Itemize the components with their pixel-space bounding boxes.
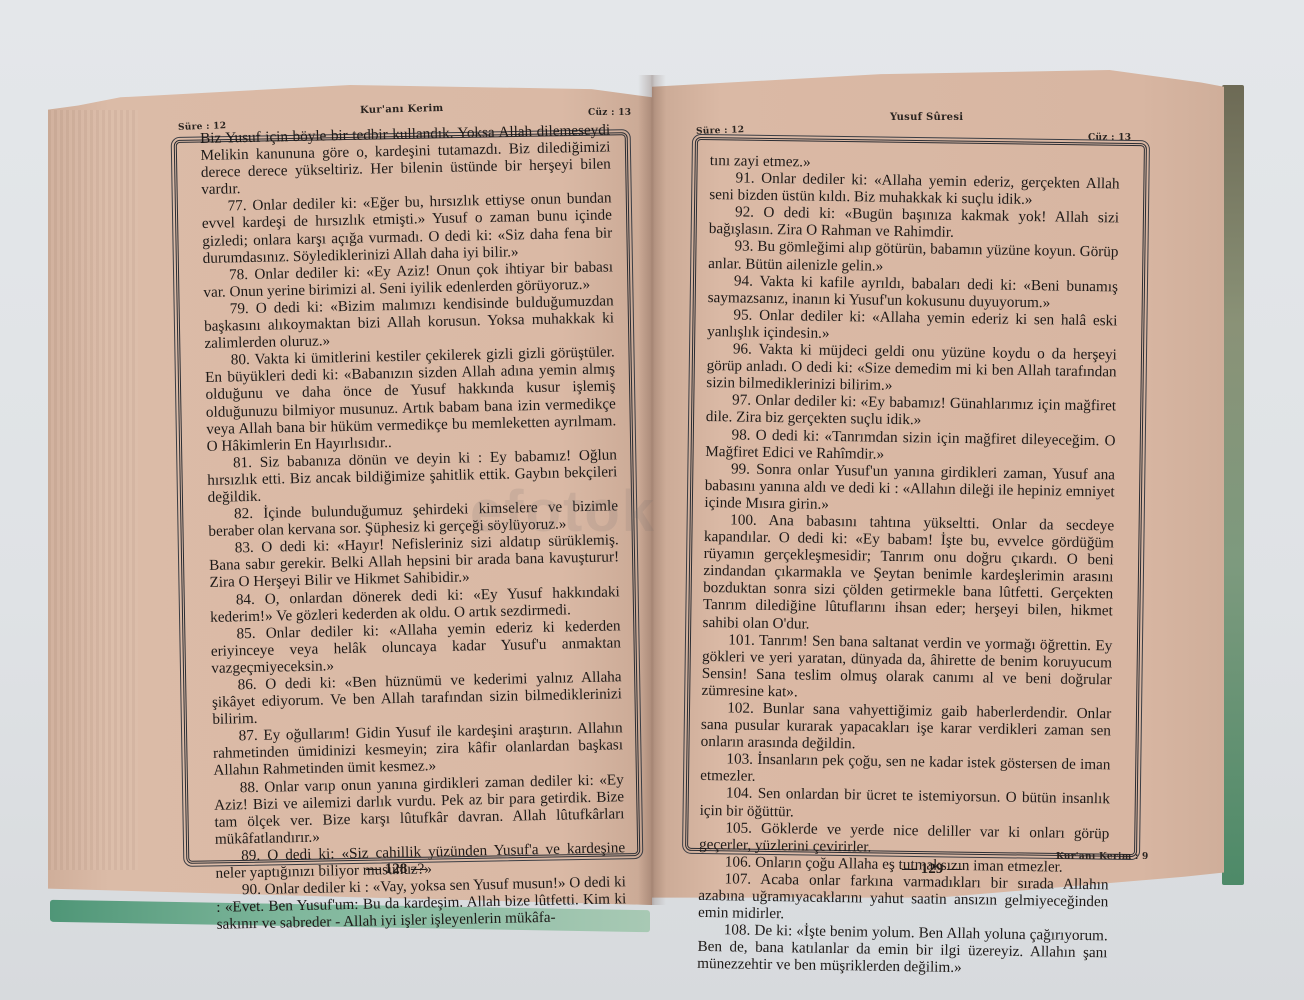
verse-102: 102. Bunlar sana vahyettiğimiz gaib habe… (701, 699, 1112, 757)
verse-97: 97. Onlar dediler ki: «Ey babamız! Günah… (706, 391, 1116, 432)
book-cover-right-edge (1222, 85, 1244, 885)
page-stack-edges (48, 110, 138, 870)
verse-96: 96. Vakta ki müjdeci geldi onu yüzüne ko… (706, 340, 1117, 398)
verse-99: 99. Sonra onlar Yusuf'un yanına girdikle… (704, 460, 1115, 518)
right-footer-signature: Kur'anı Kerim : 9 (1056, 852, 1149, 862)
verse-100: 100. Ana babasını tahtına yükseltti. Onl… (702, 511, 1114, 637)
verse-paragraph: Biz Yusuf için böyle bir tedbir kullandı… (200, 121, 611, 198)
right-header-surah: Süre : 12 (696, 125, 745, 137)
verse-85: 85. Onlar dediler ki: «Allaha yemin eder… (210, 617, 621, 677)
watermark: efotok (470, 478, 656, 545)
right-header-title: Yusuf Sûresi (890, 112, 963, 123)
left-page-number: — 128 — (366, 861, 426, 878)
verse-86: 86. O dedi ki: «Ben hüznümü ve kederimi … (211, 668, 622, 728)
verse-87: 87. Ey oğullarım! Gidin Yusuf ile kardeş… (213, 720, 624, 780)
verse-79: 79. O dedi ki: «Bizim malımızı kendisind… (204, 292, 615, 352)
verse-88: 88. Onlar varıp onun yanına girdikleri z… (214, 771, 625, 848)
right-page-number: — 129 — (902, 861, 962, 878)
verse-107: 107. Acaba onlar farkına varmadıkları bi… (698, 870, 1109, 928)
verse-80: 80. Vakta ki ümitlerini kestiler çekiler… (205, 344, 617, 455)
verse-108: 108. De ki: «İşte benim yolum. Ben Allah… (697, 921, 1108, 979)
verse-77: 77. Onlar dediler ki: «Eğer bu, hırsızlı… (201, 190, 612, 267)
verse-101: 101. Tanrım! Sen bana saltanat verdin ve… (701, 631, 1112, 706)
left-header-juz: Cüz : 13 (588, 108, 631, 118)
verse-90: 90. Onlar dediler ki : «Vay, yoksa sen Y… (216, 873, 627, 933)
left-header-title: Kur'anı Kerim (360, 103, 444, 116)
